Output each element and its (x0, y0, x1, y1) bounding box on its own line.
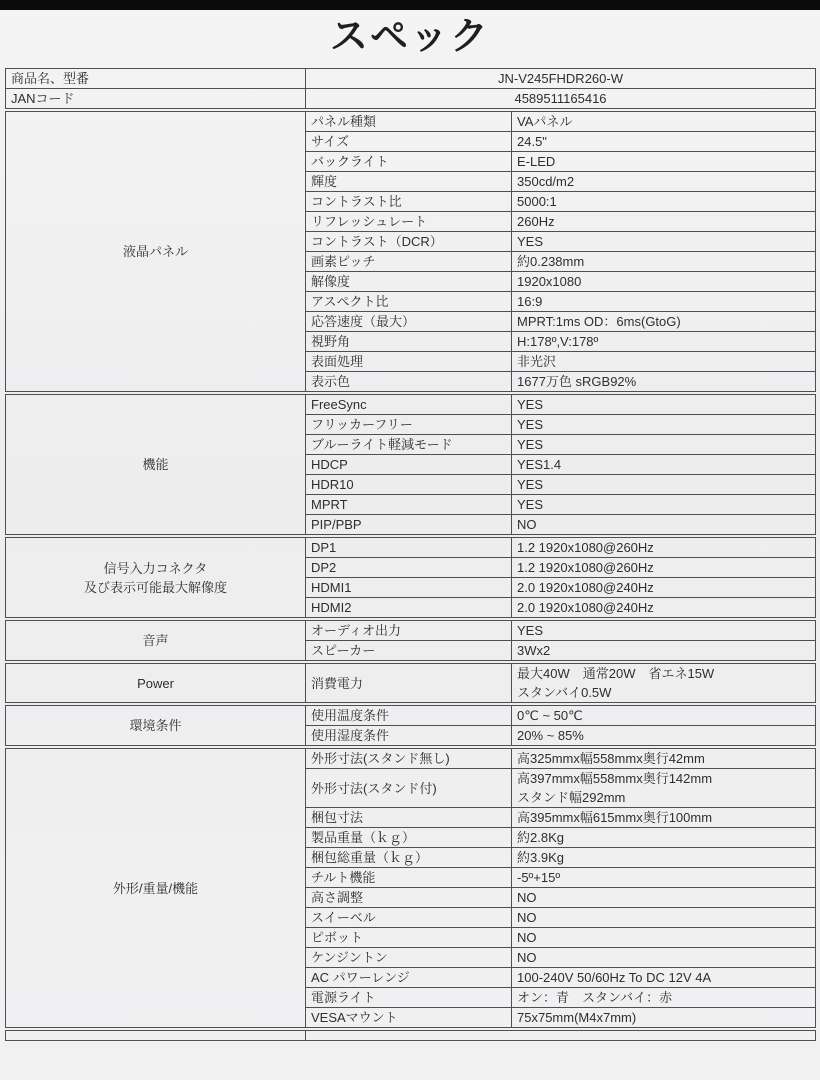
spec-label: VESAマウント (306, 1008, 512, 1028)
spec-label: スピーカー (306, 641, 512, 661)
spec-value: 高397mmx幅558mmx奥行142mm スタンド幅292mm (512, 769, 816, 808)
table-row: 液晶パネルパネル種類VAパネル (6, 112, 816, 132)
spec-label: 使用湿度条件 (306, 726, 512, 746)
section-category: 機能 (6, 395, 306, 535)
spec-table-stack: 商品名、型番JN-V245FHDR260-WJANコード458951116541… (5, 68, 815, 1041)
section-table-features: 機能FreeSyncYESフリッカーフリーYESブルーライト軽減モードYESHD… (5, 394, 816, 535)
spec-label: アスペクト比 (306, 292, 512, 312)
spec-value: 2.0 1920x1080@240Hz (512, 598, 816, 618)
spec-label: サイズ (306, 132, 512, 152)
table-row: 機能FreeSyncYES (6, 395, 816, 415)
spec-label: バックライト (306, 152, 512, 172)
section-category: 音声 (6, 621, 306, 661)
section-table-inputs: 信号入力コネクタ 及び表示可能最大解像度DP11.2 1920x1080@260… (5, 537, 816, 618)
spec-value: E-LED (512, 152, 816, 172)
spec-value: VAパネル (512, 112, 816, 132)
spec-value: H:178º,V:178º (512, 332, 816, 352)
spec-label: HDMI2 (306, 598, 512, 618)
spec-value: 5000:1 (512, 192, 816, 212)
table-row: JANコード4589511165416 (6, 89, 816, 109)
spec-value: YES (512, 415, 816, 435)
spec-value: YES (512, 495, 816, 515)
spec-value: 0℃ ~ 50℃ (512, 706, 816, 726)
spec-value: 2.0 1920x1080@240Hz (512, 578, 816, 598)
spec-value: 1920x1080 (512, 272, 816, 292)
table-row: 商品名、型番JN-V245FHDR260-W (6, 69, 816, 89)
spec-value: YES (512, 621, 816, 641)
spec-label: FreeSync (306, 395, 512, 415)
spec-label: 製品重量（ｋｇ） (306, 828, 512, 848)
spec-value: 約3.9Kg (512, 848, 816, 868)
spec-label: HDMI1 (306, 578, 512, 598)
spec-value: NO (512, 888, 816, 908)
section-table-dimensions-weight: 外形/重量/機能外形寸法(スタンド無し)高325mmx幅558mmx奥行42mm… (5, 748, 816, 1028)
spec-value: 高395mmx幅615mmx奥行100mm (512, 808, 816, 828)
spec-value (306, 1031, 816, 1041)
spec-label: DP1 (306, 538, 512, 558)
table-row: 信号入力コネクタ 及び表示可能最大解像度DP11.2 1920x1080@260… (6, 538, 816, 558)
section-table-audio: 音声オーディオ出力YESスピーカー3Wx2 (5, 620, 816, 661)
row-label: JANコード (6, 89, 306, 109)
spec-value: 260Hz (512, 212, 816, 232)
spec-value: NO (512, 515, 816, 535)
spec-value: MPRT:1ms OD：6ms(GtoG) (512, 312, 816, 332)
spec-label: フリッカーフリー (306, 415, 512, 435)
spec-value: NO (512, 928, 816, 948)
spec-label: ピボット (306, 928, 512, 948)
spec-label: ブルーライト軽減モード (306, 435, 512, 455)
spec-value: 350cd/m2 (512, 172, 816, 192)
spec-value: オン：青 スタンバイ：赤 (512, 988, 816, 1008)
spec-label: AC パワーレンジ (306, 968, 512, 988)
spec-label: 梱包寸法 (306, 808, 512, 828)
spec-label: 解像度 (306, 272, 512, 292)
spec-label: リフレッシュレート (306, 212, 512, 232)
section-category: 信号入力コネクタ 及び表示可能最大解像度 (6, 538, 306, 618)
spec-value: NO (512, 948, 816, 968)
spec-label: HDCP (306, 455, 512, 475)
spec-value: 3Wx2 (512, 641, 816, 661)
section-table-environment: 環境条件使用温度条件0℃ ~ 50℃使用湿度条件20% ~ 85% (5, 705, 816, 746)
spec-value: 1.2 1920x1080@260Hz (512, 538, 816, 558)
spec-value: YES (512, 475, 816, 495)
spec-label: 消費電力 (306, 664, 512, 703)
spec-label: 応答速度（最大） (306, 312, 512, 332)
section-table-power: Power消費電力最大40W 通常20W 省エネ15W スタンバイ0.5W (5, 663, 816, 703)
spec-label: 高さ調整 (306, 888, 512, 908)
spec-value: 24.5" (512, 132, 816, 152)
spec-value: 高325mmx幅558mmx奥行42mm (512, 749, 816, 769)
spec-label: 梱包総重量（ｋｇ） (306, 848, 512, 868)
spec-value: 最大40W 通常20W 省エネ15W スタンバイ0.5W (512, 664, 816, 703)
spec-label: スイーベル (306, 908, 512, 928)
spec-value: YES1.4 (512, 455, 816, 475)
section-category: 外形/重量/機能 (6, 749, 306, 1028)
row-value: JN-V245FHDR260-W (306, 69, 816, 89)
spec-label: 電源ライト (306, 988, 512, 1008)
spec-label: 画素ピッチ (306, 252, 512, 272)
section-category: 液晶パネル (6, 112, 306, 392)
spec-value: 非光沢 (512, 352, 816, 372)
top-black-bar (0, 0, 820, 10)
spec-value: 1.2 1920x1080@260Hz (512, 558, 816, 578)
product-info-table: 商品名、型番JN-V245FHDR260-WJANコード458951116541… (5, 68, 816, 109)
spec-label: DP2 (306, 558, 512, 578)
table-row: Power消費電力最大40W 通常20W 省エネ15W スタンバイ0.5W (6, 664, 816, 703)
spec-value: NO (512, 908, 816, 928)
spec-label: コントラスト比 (306, 192, 512, 212)
spec-label: PIP/PBP (306, 515, 512, 535)
spec-value: 20% ~ 85% (512, 726, 816, 746)
spec-label: 外形寸法(スタンド付) (306, 769, 512, 808)
next-section-partial (5, 1030, 816, 1041)
section-category: 環境条件 (6, 706, 306, 746)
section-category: Power (6, 664, 306, 703)
spec-label: チルト機能 (306, 868, 512, 888)
spec-label: 使用温度条件 (306, 706, 512, 726)
spec-label: HDR10 (306, 475, 512, 495)
spec-value: YES (512, 435, 816, 455)
spec-value: 約0.238mm (512, 252, 816, 272)
spec-label: 外形寸法(スタンド無し) (306, 749, 512, 769)
spec-value: 1677万色 sRGB92% (512, 372, 816, 392)
spec-value: 約2.8Kg (512, 828, 816, 848)
table-row (6, 1031, 816, 1041)
spec-label: パネル種類 (306, 112, 512, 132)
spec-label: コントラスト（DCR） (306, 232, 512, 252)
section-table-lcd-panel: 液晶パネルパネル種類VAパネルサイズ24.5"バックライトE-LED輝度350c… (5, 111, 816, 392)
spec-label: オーディオ出力 (306, 621, 512, 641)
spec-value: 75x75mm(M4x7mm) (512, 1008, 816, 1028)
spec-label: ケンジントン (306, 948, 512, 968)
table-row: 外形/重量/機能外形寸法(スタンド無し)高325mmx幅558mmx奥行42mm (6, 749, 816, 769)
table-row: 環境条件使用温度条件0℃ ~ 50℃ (6, 706, 816, 726)
spec-label: 輝度 (306, 172, 512, 192)
spec-label: 視野角 (306, 332, 512, 352)
page-title: スペック (0, 14, 820, 60)
section-category (6, 1031, 306, 1041)
spec-value: YES (512, 232, 816, 252)
spec-label: 表面処理 (306, 352, 512, 372)
spec-value: 16:9 (512, 292, 816, 312)
row-label: 商品名、型番 (6, 69, 306, 89)
table-row: 音声オーディオ出力YES (6, 621, 816, 641)
spec-label: MPRT (306, 495, 512, 515)
spec-value: YES (512, 395, 816, 415)
spec-label: 表示色 (306, 372, 512, 392)
spec-value: -5º+15º (512, 868, 816, 888)
row-value: 4589511165416 (306, 89, 816, 109)
spec-value: 100-240V 50/60Hz To DC 12V 4A (512, 968, 816, 988)
